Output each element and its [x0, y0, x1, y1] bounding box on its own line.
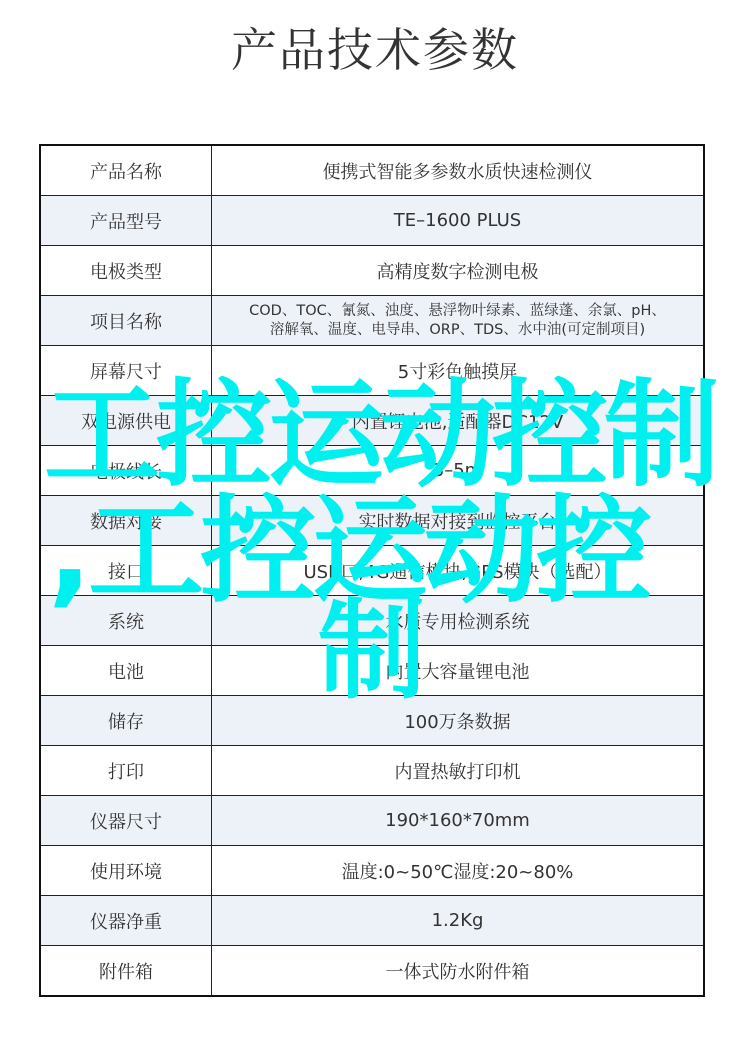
spec-value: 实时数据对接到监控平台 — [212, 496, 705, 546]
spec-label: 接口 — [40, 546, 212, 596]
table-row: 仪器净重 1.2Kg — [40, 896, 704, 946]
spec-value-line: COD、TOC、氰氮、浊度、悬浮物叶绿素、蓝绿蓬、余氯、pH、 — [212, 302, 703, 321]
spec-value: 1.2Kg — [212, 896, 705, 946]
spec-label: 产品名称 — [40, 145, 212, 196]
spec-value: USB口,4G通信模块,GPS模块（选配） — [212, 546, 705, 596]
spec-label: 电池 — [40, 646, 212, 696]
table-row: 仪器尺寸 190*160*70mm — [40, 796, 704, 846]
spec-value: 190*160*70mm — [212, 796, 705, 846]
spec-value: 一体式防水附件箱 — [212, 946, 705, 997]
spec-value: 便携式智能多参数水质快速检测仪 — [212, 145, 705, 196]
spec-value-line: 溶解氧、温度、电导串、ORP、TDS、水中油(可定制项目) — [212, 321, 703, 340]
spec-value: 内置热敏打印机 — [212, 746, 705, 796]
spec-label: 电极线长 — [40, 446, 212, 496]
table-row: 双电源供电 内置锂电池,适配器DC12V — [40, 396, 704, 446]
spec-table: 产品名称 便携式智能多参数水质快速检测仪 产品型号 TE–1600 PLUS 电… — [39, 144, 705, 997]
spec-label: 使用环境 — [40, 846, 212, 896]
table-row: 产品名称 便携式智能多参数水质快速检测仪 — [40, 145, 704, 196]
table-row: 产品型号 TE–1600 PLUS — [40, 196, 704, 246]
table-row: 电极线长 3–5m — [40, 446, 704, 496]
table-row: 打印 内置热敏打印机 — [40, 746, 704, 796]
table-row: 附件箱 一体式防水附件箱 — [40, 946, 704, 997]
table-row: 项目名称 COD、TOC、氰氮、浊度、悬浮物叶绿素、蓝绿蓬、余氯、pH、 溶解氧… — [40, 296, 704, 346]
table-row: 接口 USB口,4G通信模块,GPS模块（选配） — [40, 546, 704, 596]
spec-label: 系统 — [40, 596, 212, 646]
spec-label: 电极类型 — [40, 246, 212, 296]
spec-value: 水质专用检测系统 — [212, 596, 705, 646]
spec-label: 产品型号 — [40, 196, 212, 246]
table-row: 储存 100万条数据 — [40, 696, 704, 746]
spec-label: 储存 — [40, 696, 212, 746]
table-row: 屏幕尺寸 5寸彩色触摸屏 — [40, 346, 704, 396]
spec-value: 温度:0~50℃湿度:20~80% — [212, 846, 705, 896]
spec-value: 5寸彩色触摸屏 — [212, 346, 705, 396]
spec-label: 仪器尺寸 — [40, 796, 212, 846]
table-row: 电池 内置大容量锂电池 — [40, 646, 704, 696]
spec-value: 高精度数字检测电极 — [212, 246, 705, 296]
spec-label: 打印 — [40, 746, 212, 796]
table-row: 数据对接 实时数据对接到监控平台 — [40, 496, 704, 546]
spec-value: 3–5m — [212, 446, 705, 496]
table-row: 使用环境 温度:0~50℃湿度:20~80% — [40, 846, 704, 896]
spec-value: TE–1600 PLUS — [212, 196, 705, 246]
spec-value: COD、TOC、氰氮、浊度、悬浮物叶绿素、蓝绿蓬、余氯、pH、 溶解氧、温度、电… — [212, 296, 705, 346]
spec-label: 屏幕尺寸 — [40, 346, 212, 396]
spec-label: 双电源供电 — [40, 396, 212, 446]
table-row: 电极类型 高精度数字检测电极 — [40, 246, 704, 296]
spec-value: 100万条数据 — [212, 696, 705, 746]
spec-label: 数据对接 — [40, 496, 212, 546]
spec-value: 内置大容量锂电池 — [212, 646, 705, 696]
spec-label: 附件箱 — [40, 946, 212, 997]
table-row: 系统 水质专用检测系统 — [40, 596, 704, 646]
spec-label: 仪器净重 — [40, 896, 212, 946]
spec-label: 项目名称 — [40, 296, 212, 346]
page-title: 产品技术参数 — [0, 18, 750, 82]
spec-value: 内置锂电池,适配器DC12V — [212, 396, 705, 446]
